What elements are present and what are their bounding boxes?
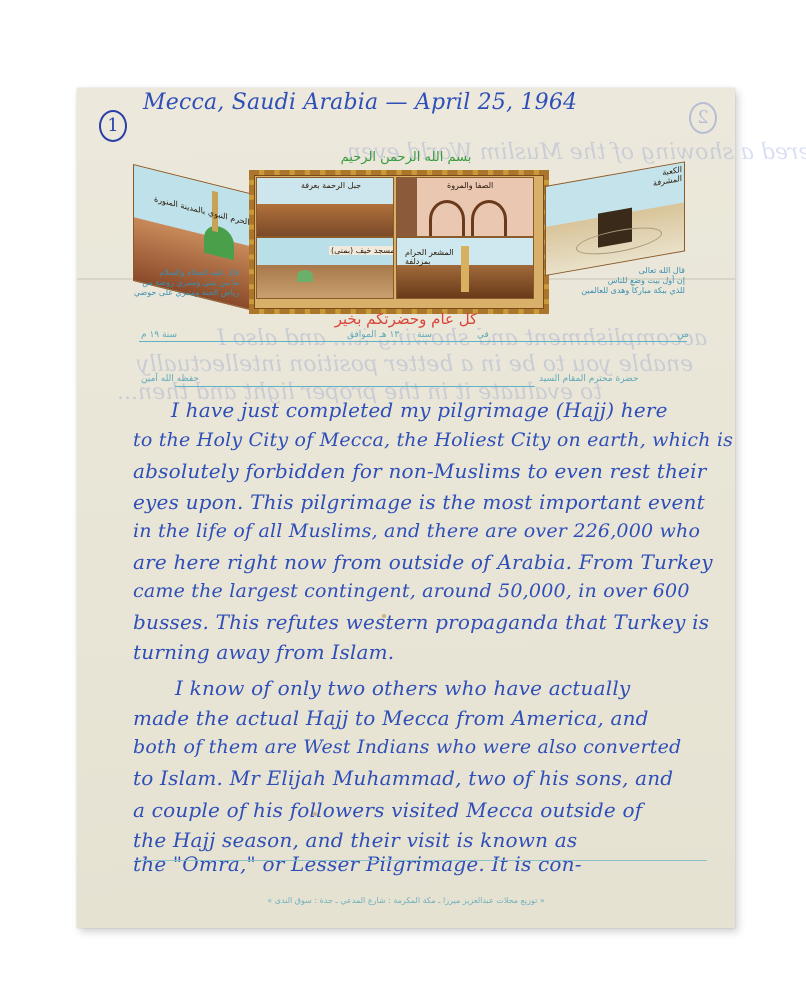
bleed-through-line: accomplishment and showing it... and als…	[217, 326, 707, 351]
form-label-in: في	[477, 330, 489, 340]
form-label-hijri: ١٣ هـ الموافق	[347, 330, 399, 340]
letter-body-line: to Islam. Mr Elijah Muhammad, two of his…	[133, 766, 673, 790]
form-line-addressee	[175, 386, 535, 387]
letter-header-line: Mecca, Saudi Arabia — April 25, 1964	[143, 90, 577, 115]
letter-body-line: a couple of his followers visited Mecca …	[133, 798, 642, 822]
letter-body-line: in the life of all Muslims, and there ar…	[133, 520, 700, 542]
panel-muzdalifa: المشعر الحرام بمزدلفة	[396, 237, 534, 299]
form-label-addressee: حضرة محترم المقام السيد	[539, 374, 639, 384]
letter-body-line: busses. This refutes western propaganda …	[133, 610, 709, 634]
panel-safa-marwa: الصفا والمروة	[396, 177, 534, 237]
letter-body-line: both of them are West Indians who were a…	[133, 736, 681, 758]
right-verse: قال الله تعالى إن أول بيت وضع للناس للذي…	[563, 266, 685, 296]
letter-body-line: came the largest contingent, around 50,0…	[133, 580, 690, 602]
printer-footer: « توزيع محلات عبدالعزيز ميرزا ـ مكة المك…	[77, 896, 735, 905]
paper-stain	[382, 614, 386, 618]
letter-body-line: to the Holy City of Mecca, the Holiest C…	[133, 429, 733, 451]
bleed-page-number: 2	[689, 102, 717, 134]
letter-body-line: absolutely forbidden for non-Muslims to …	[133, 459, 706, 483]
form-line-date	[139, 341, 687, 342]
page-number-circle: 1	[99, 110, 127, 142]
panel-khayf-mosque: مسجد خيف (بمنى)	[256, 237, 394, 299]
central-frame: جبل الرحمة بعرفة مسجد خيف (بمنى) الصفا و…	[249, 170, 549, 314]
letter-body-line: the "Omra," or Lesser Pilgrimage. It is …	[133, 852, 582, 876]
letter-body-line: turning away from Islam.	[133, 640, 394, 664]
letter-body-line: I know of only two others who have actua…	[175, 676, 630, 700]
form-label-addressee-suffix: حفظه الله آمين	[141, 374, 199, 384]
panel-kaaba: الكعبة المشرفة	[545, 161, 685, 276]
form-label-year: سنة	[417, 330, 432, 340]
form-label-gregorian: سنة ١٩ م	[141, 330, 177, 340]
letter-page: ordered a showing of the Muslim World ev…	[77, 88, 735, 928]
letter-body-line: the Hajj season, and their visit is know…	[133, 828, 577, 852]
paper-stain	[313, 812, 317, 816]
letter-body-line: are here right now from outside of Arabi…	[133, 550, 713, 574]
letter-body-line: eyes upon. This pilgrimage is the most i…	[133, 490, 705, 514]
letter-body-line: I have just completed my pilgrimage (Haj…	[171, 398, 668, 422]
letter-body-line: made the actual Hajj to Mecca from Ameri…	[133, 706, 649, 730]
panel-arafat: جبل الرحمة بعرفة	[256, 177, 394, 237]
left-verse: قال عليه الصلاة والسلام ما بين بيتي ومنب…	[129, 268, 239, 298]
greeting-text: كل عام وحضرتكم بخير	[77, 310, 735, 328]
form-label-from: من	[677, 330, 689, 340]
basmala: بسم الله الرحمن الرحيم	[77, 150, 735, 165]
bottom-rule	[135, 860, 707, 861]
